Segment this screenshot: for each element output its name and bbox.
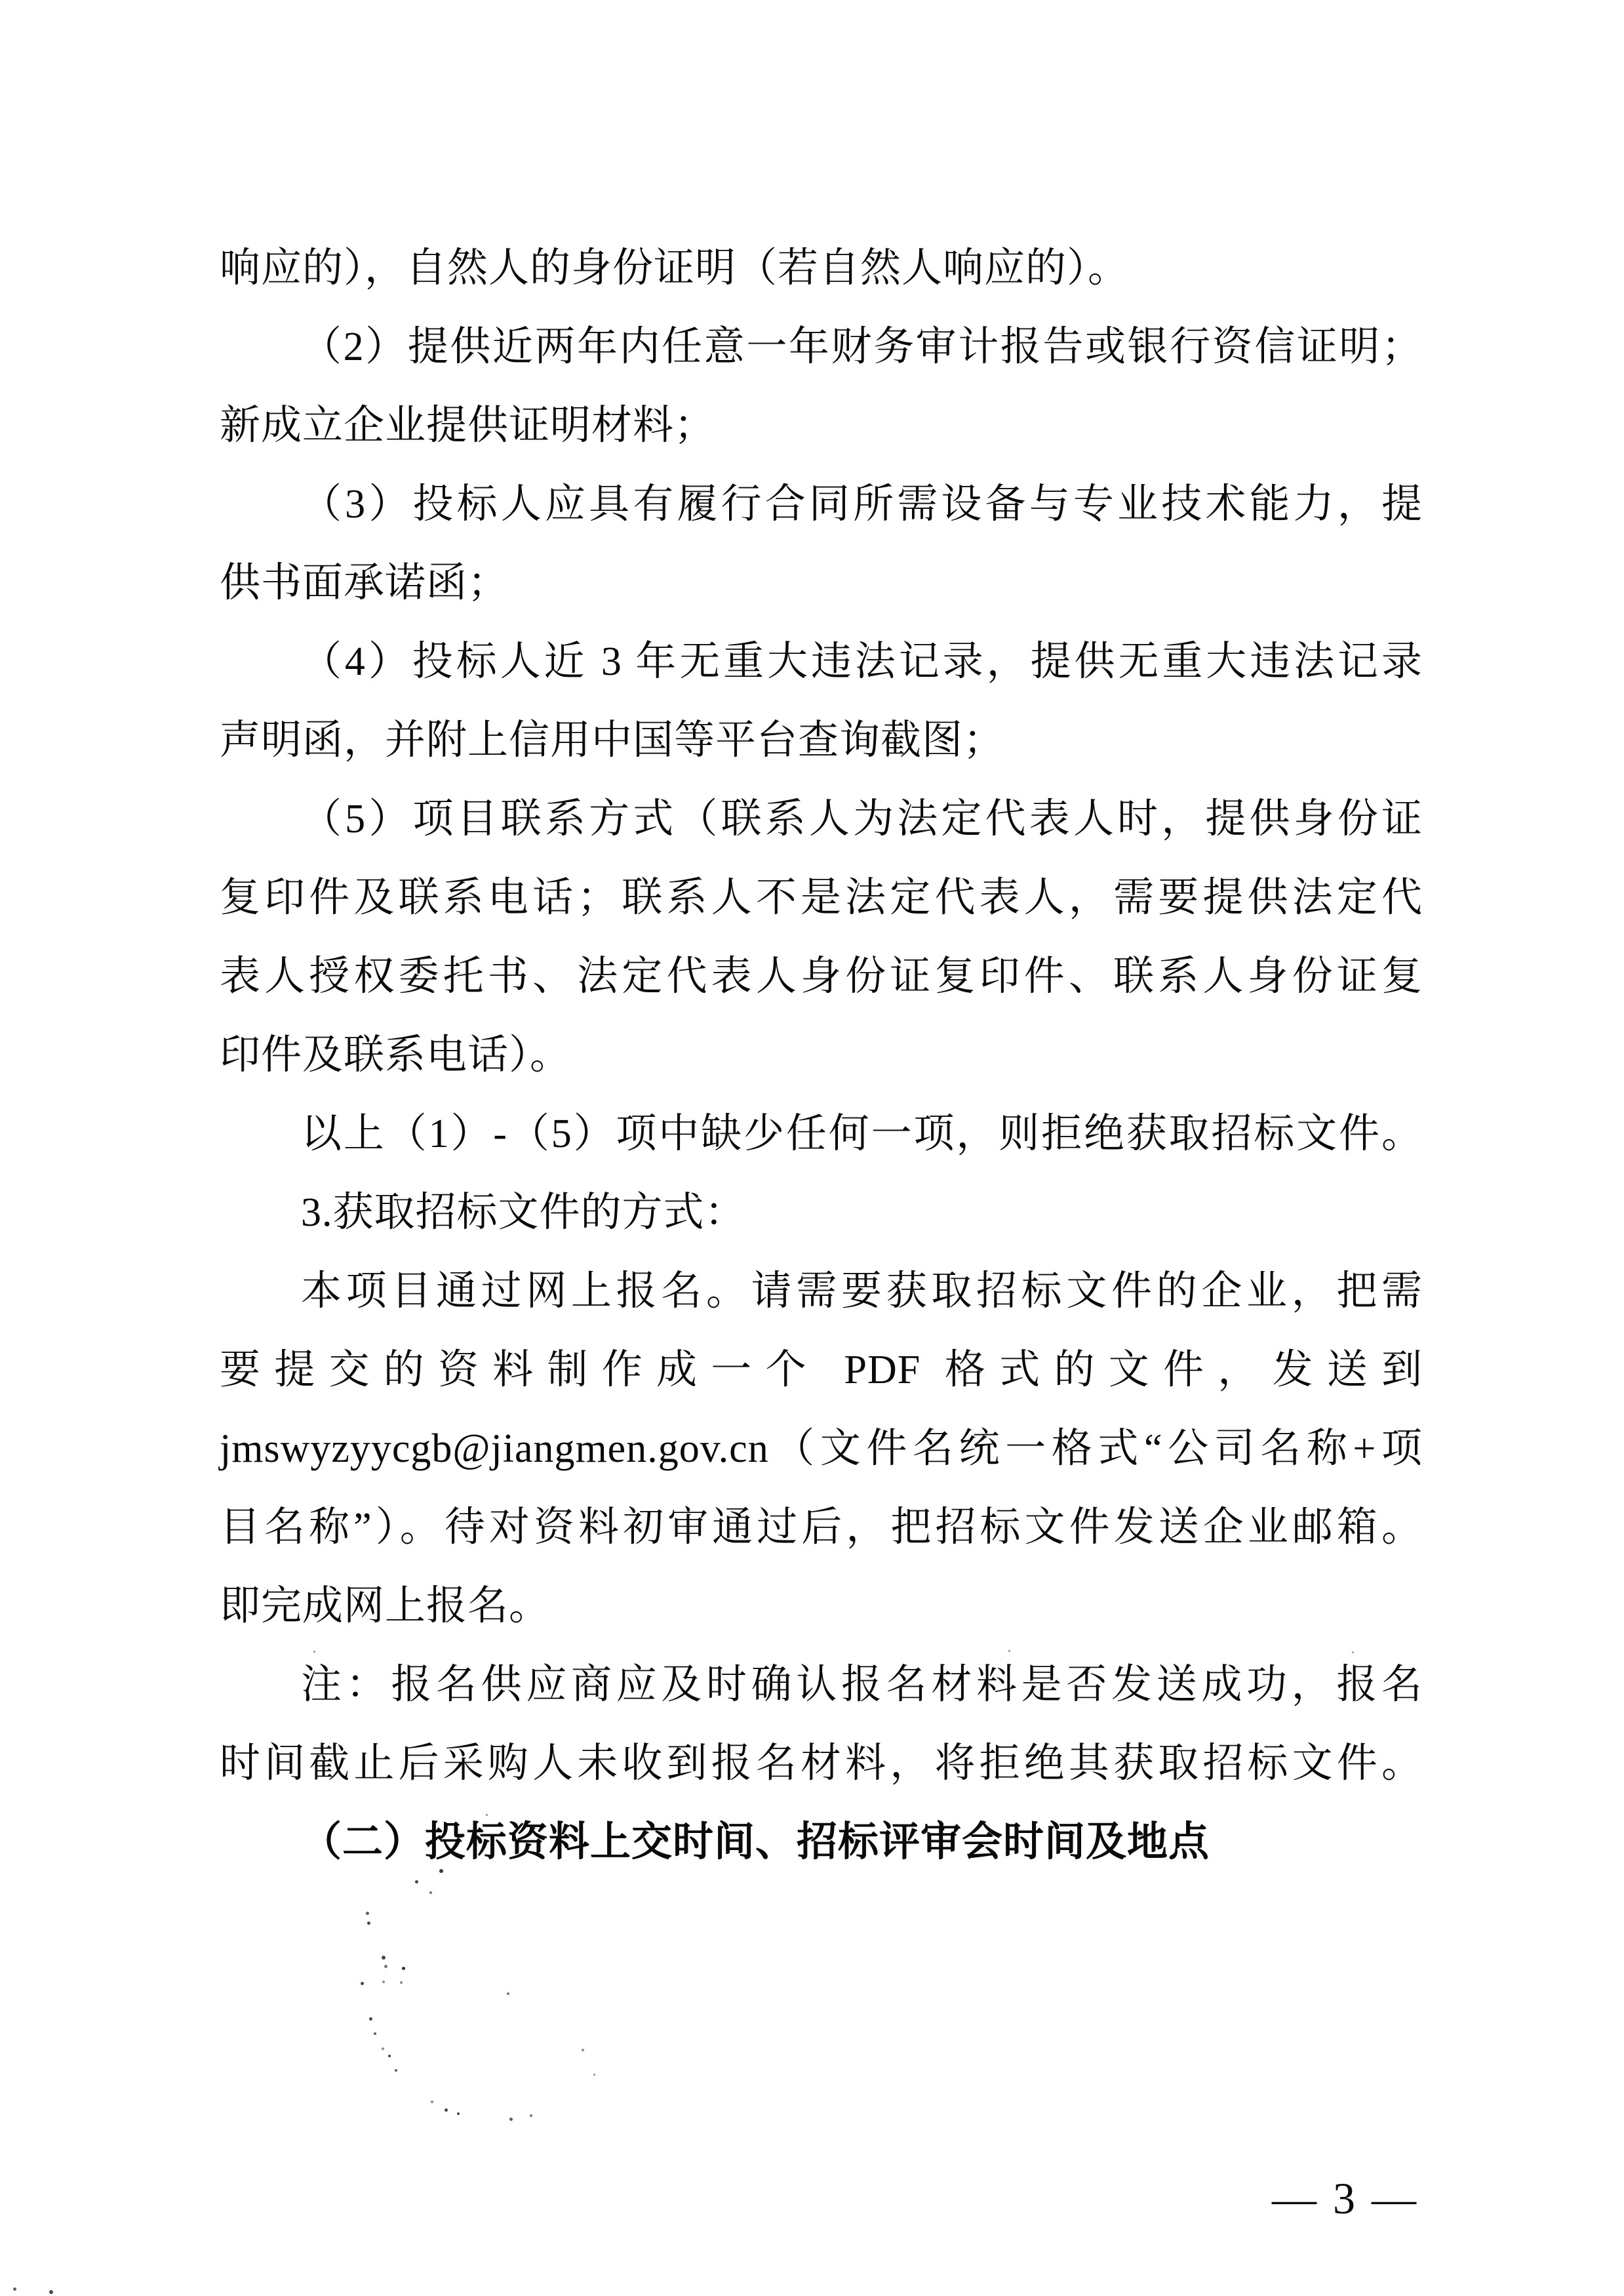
scan-artifact-dot — [1008, 1650, 1010, 1652]
scan-artifact-dot — [382, 1956, 386, 1960]
scan-artifact-dot — [388, 2055, 391, 2057]
scan-artifact-dot — [384, 1965, 387, 1968]
document-line: （4）投标人近 3 年无重大违法记录，提供无重大违法记录 — [220, 622, 1423, 701]
scan-artifact-dot — [486, 1814, 488, 1816]
scan-artifact-dot — [367, 1922, 370, 1925]
scan-artifact-dot — [507, 1992, 509, 1995]
document-line: 表人授权委托书、法定代表人身份证复印件、联系人身份证复 — [220, 937, 1423, 1016]
scan-artifact-dot — [429, 1891, 432, 1894]
scan-artifact-dot — [439, 1869, 443, 1873]
scan-artifact-dot — [445, 2108, 448, 2112]
document-line: 供书面承诺函； — [220, 544, 1423, 622]
scan-artifact-dot — [415, 1880, 418, 1883]
document-line: 声明函，并附上信用中国等平台查询截图； — [220, 701, 1423, 780]
scan-artifact-dot — [369, 2017, 372, 2021]
scan-artifact-dot — [593, 2074, 595, 2076]
scan-artifact-dot — [457, 2112, 460, 2115]
scan-artifact-dot — [313, 1651, 315, 1653]
document-line: （5）项目联系方式（联系人为法定代表人时，提供身份证 — [220, 780, 1423, 858]
scan-artifact-dot — [530, 2114, 532, 2117]
document-content: 响应的），自然人的身份证明（若自然人响应的）。（2）提供近两年内任意一年财务审计… — [220, 229, 1423, 1882]
document-line: jmswyzyycgb@jiangmen.gov.cn（文件名统一格式“公司名称… — [220, 1409, 1423, 1488]
scan-artifact-dot — [382, 2047, 384, 2050]
document-line: 以上（1）-（5）项中缺少任何一项，则拒绝获取招标文件。 — [220, 1095, 1423, 1173]
document-line: 本项目通过网上报名。请需要获取招标文件的企业，把需 — [220, 1252, 1423, 1331]
document-line: 即完成网上报名。 — [220, 1567, 1423, 1645]
document-line: 要提交的资料制作成一个 PDF 格式的文件，发送到 — [220, 1331, 1423, 1409]
document-line: 目名称”）。待对资料初审通过后，把招标文件发送企业邮箱。 — [220, 1488, 1423, 1567]
scanned-document-page: 响应的），自然人的身份证明（若自然人响应的）。（2）提供近两年内任意一年财务审计… — [0, 0, 1624, 2296]
scan-artifact-dot — [1352, 1651, 1354, 1653]
scan-artifact-dot — [361, 1982, 364, 1985]
document-line: （3）投标人应具有履行合同所需设备与专业技术能力，提 — [220, 465, 1423, 544]
document-line: 响应的），自然人的身份证明（若自然人响应的）。 — [220, 229, 1423, 308]
scan-artifact-dot — [431, 2101, 433, 2103]
scan-artifact-dot — [49, 2290, 53, 2294]
section-heading: （二）投标资料上交时间、招标评审会时间及地点 — [220, 1803, 1423, 1882]
scan-artifact-dot — [395, 2069, 397, 2072]
document-line: 3.获取招标文件的方式： — [220, 1173, 1423, 1252]
scan-artifact-dot — [582, 2049, 584, 2051]
document-line: 复印件及联系电话；联系人不是法定代表人，需要提供法定代 — [220, 858, 1423, 937]
scan-artifact-dot — [402, 1967, 405, 1970]
document-line: 注：报名供应商应及时确认报名材料是否发送成功，报名 — [220, 1645, 1423, 1724]
page-number: — 3 — — [1272, 2176, 1419, 2221]
document-line: （2）提供近两年内任意一年财务审计报告或银行资信证明； — [220, 308, 1423, 386]
scan-artifact-dot — [366, 1912, 369, 1915]
scan-artifact-dot — [400, 1981, 403, 1984]
scan-artifact-dot — [374, 2032, 376, 2035]
scan-artifact-dot — [382, 1981, 385, 1983]
document-line: 新成立企业提供证明材料； — [220, 386, 1423, 465]
document-line: 时间截止后采购人未收到报名材料，将拒绝其获取招标文件。 — [220, 1724, 1423, 1803]
document-line: 印件及联系电话）。 — [220, 1016, 1423, 1095]
scan-artifact-dot — [13, 2287, 16, 2291]
scan-artifact-dot — [509, 2118, 513, 2121]
